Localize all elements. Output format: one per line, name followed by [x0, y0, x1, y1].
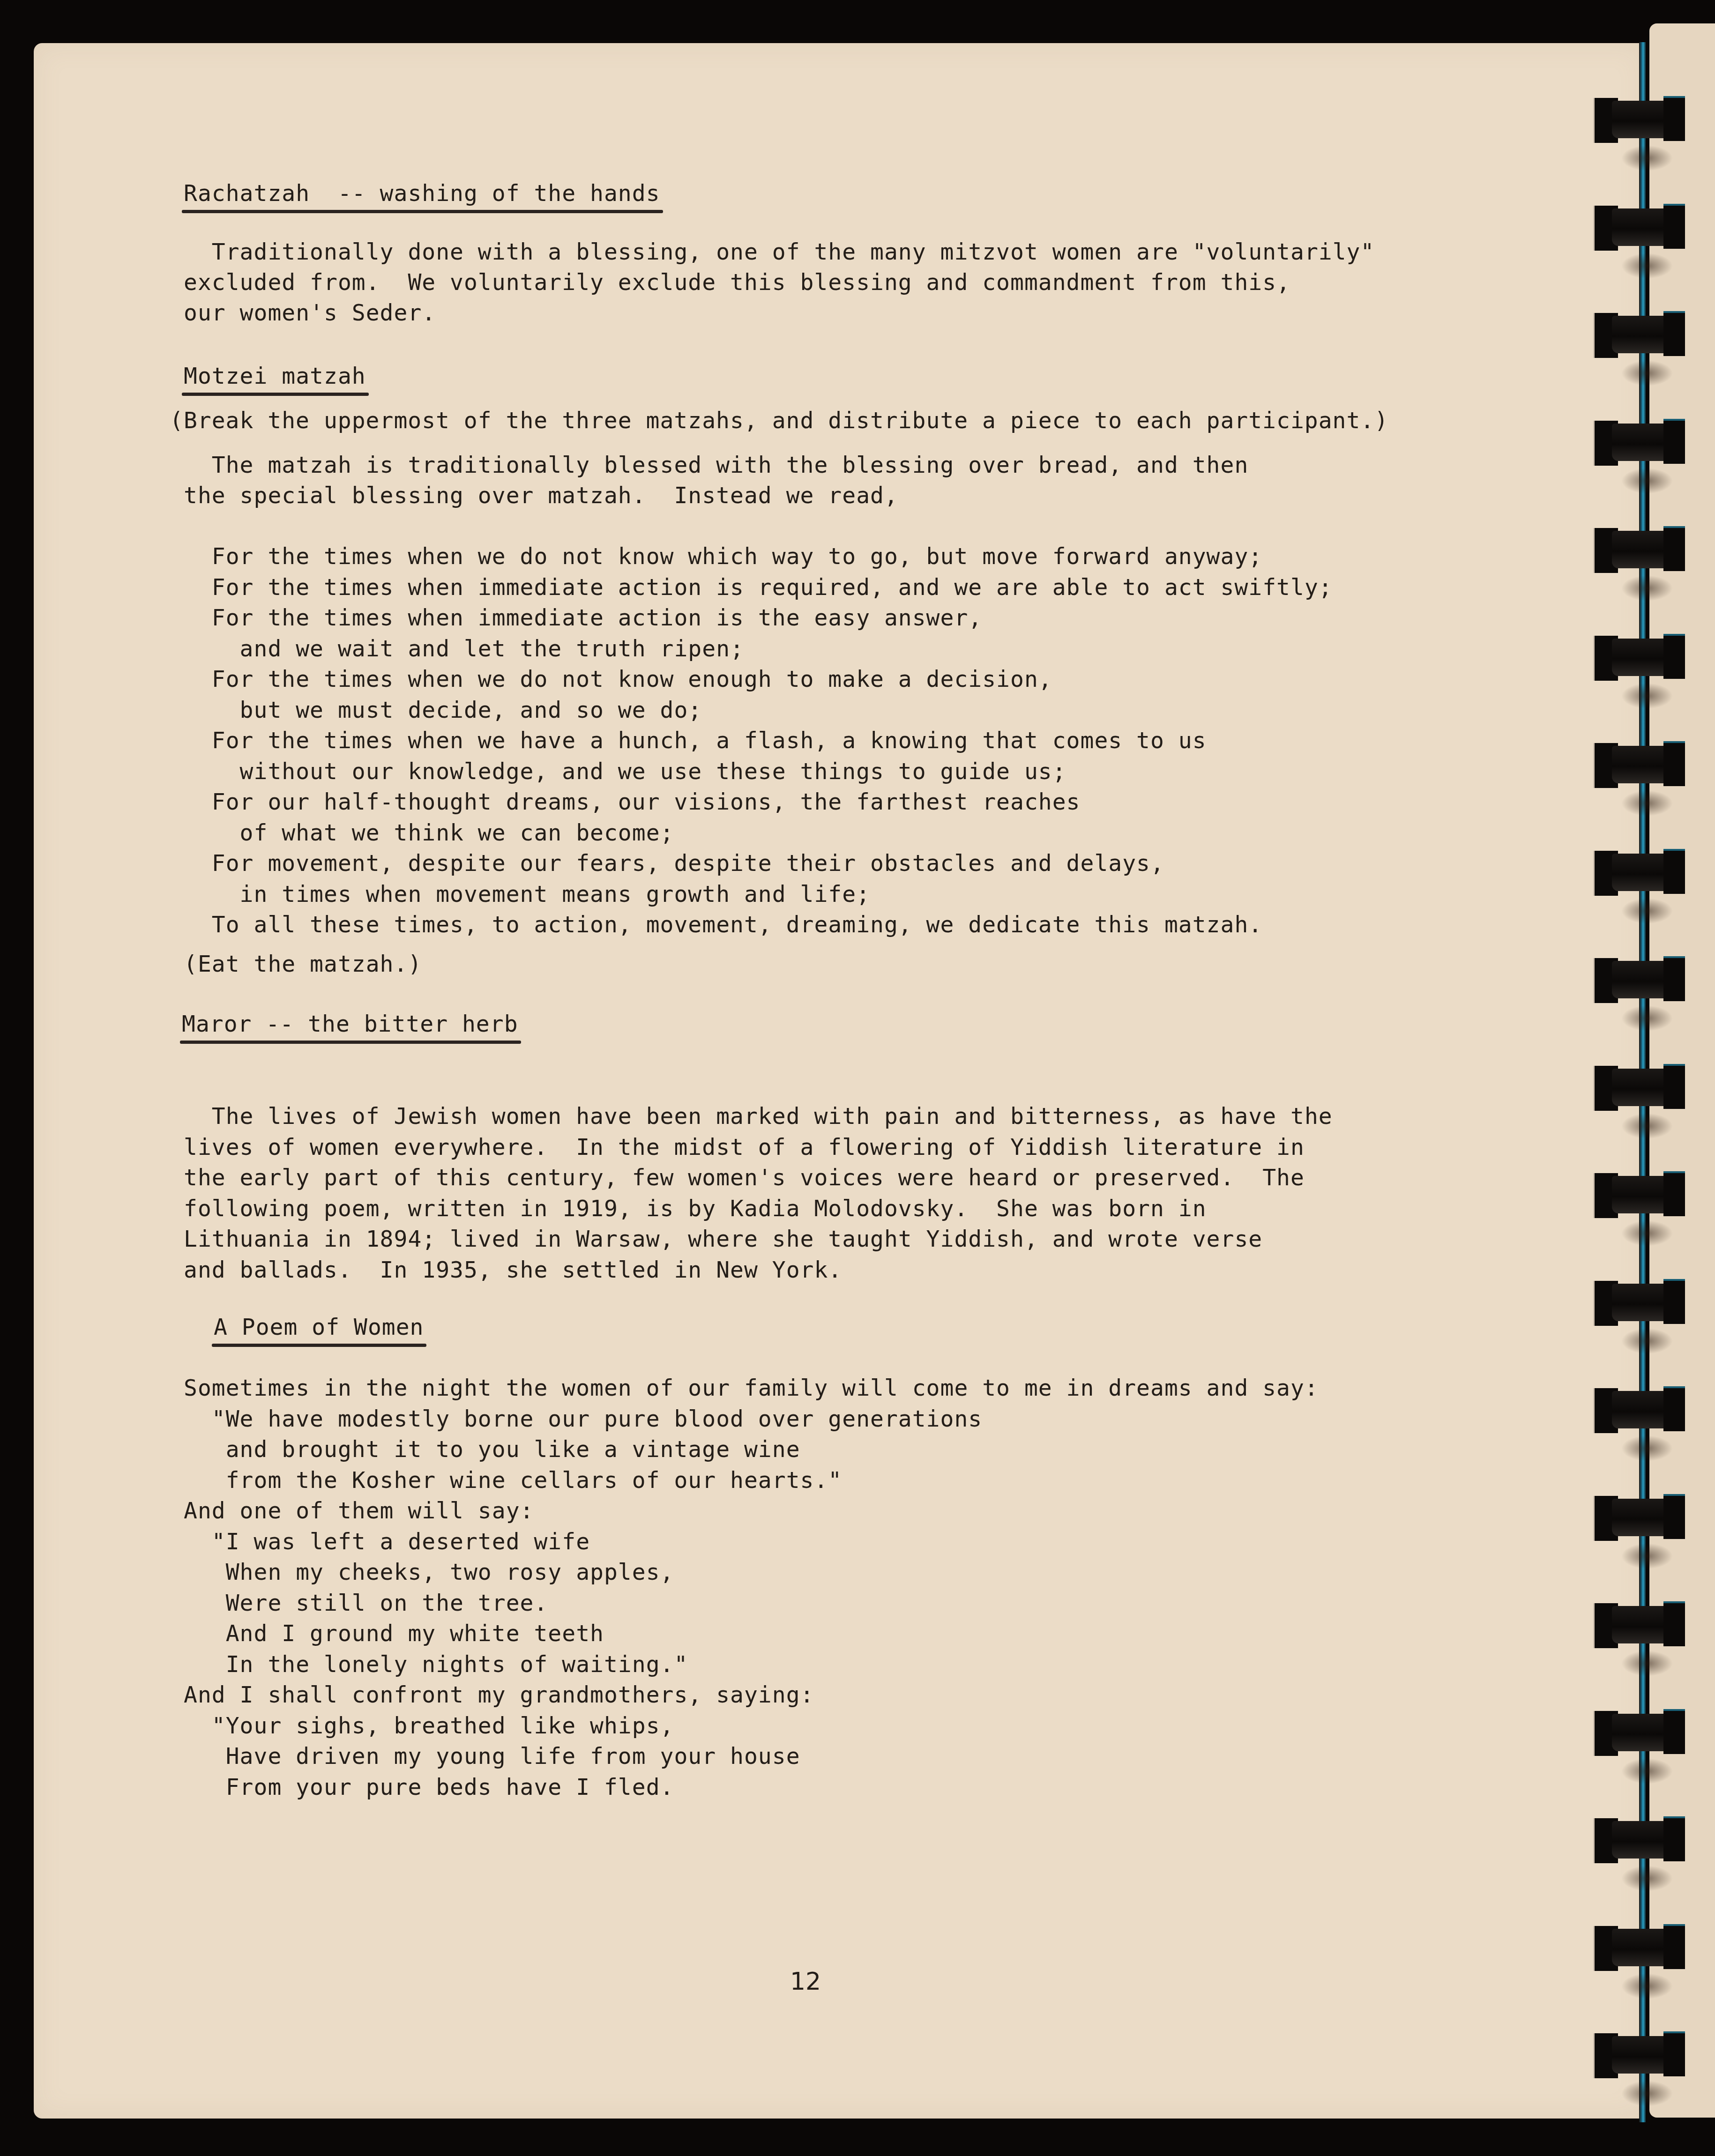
heading-maror: Maror -- the bitter herb	[182, 1011, 518, 1037]
poem-line: "I was left a deserted wife	[184, 1529, 590, 1555]
motzei-intro-line: the special blessing over matzah. Instea…	[184, 483, 898, 509]
poem-line: and brought it to you like a vintage win…	[184, 1436, 800, 1463]
heading-motzei-matzah: Motzei matzah	[184, 363, 366, 389]
page-number: 12	[790, 1968, 821, 1996]
poem-line: from the Kosher wine cellars of our hear…	[184, 1467, 842, 1494]
poem-line: "We have modestly borne our pure blood o…	[184, 1406, 982, 1432]
reading-line: For the times when immediate action is r…	[184, 574, 1333, 601]
maror-body-line: following poem, written in 1919, is by K…	[184, 1196, 1207, 1222]
page-content: Rachatzah -- washing of the hands Tradit…	[0, 0, 1715, 2156]
maror-body-line: Lithuania in 1894; lived in Warsaw, wher…	[184, 1226, 1262, 1252]
poem-line: And I shall confront my grandmothers, sa…	[184, 1682, 814, 1708]
heading-poem-of-women: A Poem of Women	[214, 1314, 424, 1340]
poem-line: When my cheeks, two rosy apples,	[184, 1559, 674, 1585]
poem-line: Have driven my young life from your hous…	[184, 1743, 800, 1769]
maror-body-line: and ballads. In 1935, she settled in New…	[184, 1257, 842, 1283]
rachatzah-body-line: excluded from. We voluntarily exclude th…	[184, 269, 1290, 296]
poem-line: "Your sighs, breathed like whips,	[184, 1713, 674, 1739]
motzei-instruction: (Break the uppermost of the three matzah…	[170, 408, 1388, 434]
reading-line: of what we think we can become;	[184, 820, 674, 846]
maror-body-line: The lives of Jewish women have been mark…	[184, 1103, 1333, 1130]
motzei-closing: (Eat the matzah.)	[184, 951, 422, 977]
maror-body-line: the early part of this century, few wome…	[184, 1165, 1305, 1191]
reading-line: For the times when we have a hunch, a fl…	[184, 728, 1207, 754]
poem-line: Were still on the tree.	[184, 1590, 548, 1616]
reading-line: To all these times, to action, movement,…	[184, 912, 1262, 938]
poem-line: Sometimes in the night the women of our …	[184, 1375, 1319, 1401]
rachatzah-body-line: Traditionally done with a blessing, one …	[184, 239, 1374, 265]
reading-line: but we must decide, and so we do;	[184, 697, 702, 723]
poem-line: From your pure beds have I fled.	[184, 1774, 674, 1800]
reading-line: For our half-thought dreams, our visions…	[184, 789, 1081, 815]
poem-line: In the lonely nights of waiting."	[184, 1651, 688, 1678]
poem-line: And I ground my white teeth	[184, 1621, 604, 1647]
reading-line: For movement, despite our fears, despite…	[184, 850, 1164, 877]
motzei-intro-line: The matzah is traditionally blessed with…	[184, 452, 1248, 478]
reading-line: For the times when we do not know which …	[184, 543, 1262, 570]
reading-line: and we wait and let the truth ripen;	[184, 636, 744, 662]
reading-line: For the times when we do not know enough…	[184, 666, 1052, 692]
heading-rachatzah: Rachatzah -- washing of the hands	[184, 180, 660, 207]
rachatzah-body-line: our women's Seder.	[184, 300, 436, 326]
poem-line: And one of them will say:	[184, 1498, 534, 1524]
reading-line: For the times when immediate action is t…	[184, 605, 982, 631]
reading-line: in times when movement means growth and …	[184, 881, 870, 907]
reading-line: without our knowledge, and we use these …	[184, 758, 1066, 785]
maror-body-line: lives of women everywhere. In the midst …	[184, 1134, 1305, 1160]
